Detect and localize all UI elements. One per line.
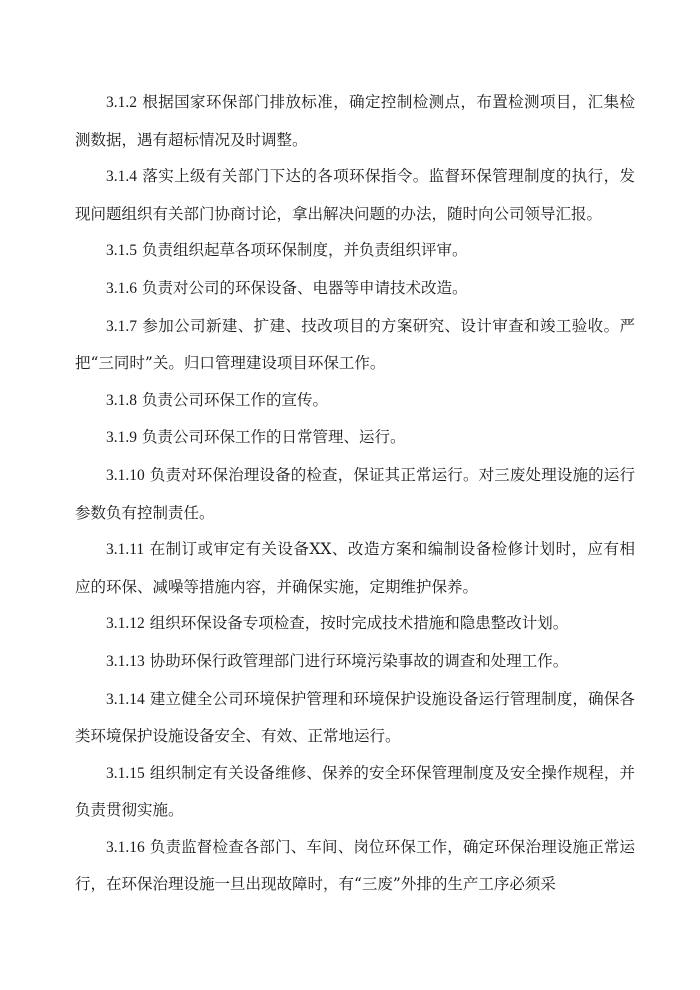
clause-text: 建立健全公司环境保护管理和环境保护设施设备运行管理制度，确保各类环境保护设施设备…	[75, 690, 635, 746]
paragraph-3-1-11: 3.1.11 在制订或审定有关设备XX、改造方案和编制设备检修计划时，应有相应的…	[75, 531, 635, 605]
clause-text: 负责公司环保工作的宣传。	[142, 391, 328, 409]
clause-number: 3.1.2	[106, 94, 137, 111]
clause-text: 落实上级有关部门下达的各项环保指令。监督环保管理制度的执行，发现问题组织有关部门…	[75, 167, 635, 223]
clause-text: 负责组织起草各项环保制度，并负责组织评审。	[142, 241, 468, 259]
paragraph-3-1-4: 3.1.4 落实上级有关部门下达的各项环保指令。监督环保管理制度的执行，发现问题…	[75, 158, 635, 232]
clause-number: 3.1.15	[106, 765, 145, 782]
clause-text: 负责对环保治理设备的检查，保证其正常运行。对三废处理设施的运行参数负有控制责任。	[75, 466, 635, 522]
paragraph-3-1-14: 3.1.14 建立健全公司环境保护管理和环境保护设施设备运行管理制度，确保各类环…	[75, 681, 635, 755]
clause-text: 负责监督检查各部门、车间、岗位环保工作，确定环保治理设施正常运行，在环保治理设施…	[75, 838, 635, 894]
paragraph-3-1-13: 3.1.13 协助环保行政管理部门进行环境污染事故的调查和处理工作。	[75, 643, 635, 681]
clause-number: 3.1.8	[106, 392, 137, 409]
clause-text: 负责对公司的环保设备、电器等申请技术改造。	[142, 279, 468, 297]
clause-number: 3.1.12	[106, 615, 145, 632]
paragraph-3-1-6: 3.1.6 负责对公司的环保设备、电器等申请技术改造。	[75, 270, 635, 308]
clause-text: 在制订或审定有关设备XX、改造方案和编制设备检修计划时，应有相应的环保、减噪等措…	[75, 540, 635, 596]
clause-number: 3.1.11	[106, 541, 144, 558]
clause-text: 组织制定有关设备维修、保养的安全环保管理制度及安全操作规程，并负责贯彻实施。	[75, 764, 635, 820]
clause-text: 组织环保设备专项检查，按时完成技术措施和隐患整改计划。	[150, 614, 569, 632]
clause-number: 3.1.4	[106, 168, 137, 185]
clause-number: 3.1.13	[106, 653, 145, 670]
document-page: 3.1.2 根据国家环保部门排放标准，确定控制检测点，布置检测项目，汇集检测数据…	[75, 84, 635, 903]
clause-number: 3.1.7	[106, 318, 137, 335]
paragraph-3-1-16: 3.1.16 负责监督检查各部门、车间、岗位环保工作，确定环保治理设施正常运行，…	[75, 829, 635, 903]
paragraph-3-1-5: 3.1.5 负责组织起草各项环保制度，并负责组织评审。	[75, 232, 635, 270]
clause-number: 3.1.14	[106, 691, 145, 708]
paragraph-3-1-9: 3.1.9 负责公司环保工作的日常管理、运行。	[75, 419, 635, 457]
paragraph-3-1-15: 3.1.15 组织制定有关设备维修、保养的安全环保管理制度及安全操作规程，并负责…	[75, 755, 635, 829]
clause-text: 根据国家环保部门排放标准，确定控制检测点，布置检测项目，汇集检测数据，遇有超标情…	[75, 93, 635, 149]
paragraph-3-1-7: 3.1.7 参加公司新建、扩建、技改项目的方案研究、设计审查和竣工验收。严把“三…	[75, 308, 635, 382]
paragraph-3-1-10: 3.1.10 负责对环保治理设备的检查，保证其正常运行。对三废处理设施的运行参数…	[75, 457, 635, 531]
clause-text: 协助环保行政管理部门进行环境污染事故的调查和处理工作。	[150, 652, 569, 670]
clause-text: 负责公司环保工作的日常管理、运行。	[142, 428, 406, 446]
paragraph-3-1-2: 3.1.2 根据国家环保部门排放标准，确定控制检测点，布置检测项目，汇集检测数据…	[75, 84, 635, 158]
paragraph-3-1-12: 3.1.12 组织环保设备专项检查，按时完成技术措施和隐患整改计划。	[75, 605, 635, 643]
clause-number: 3.1.10	[106, 467, 145, 484]
paragraph-3-1-8: 3.1.8 负责公司环保工作的宣传。	[75, 382, 635, 420]
clause-number: 3.1.16	[106, 839, 145, 856]
clause-text: 参加公司新建、扩建、技改项目的方案研究、设计审查和竣工验收。严把“三同时”关。归…	[75, 317, 635, 373]
clause-number: 3.1.6	[106, 280, 137, 297]
clause-number: 3.1.9	[106, 429, 137, 446]
clause-number: 3.1.5	[106, 242, 137, 259]
